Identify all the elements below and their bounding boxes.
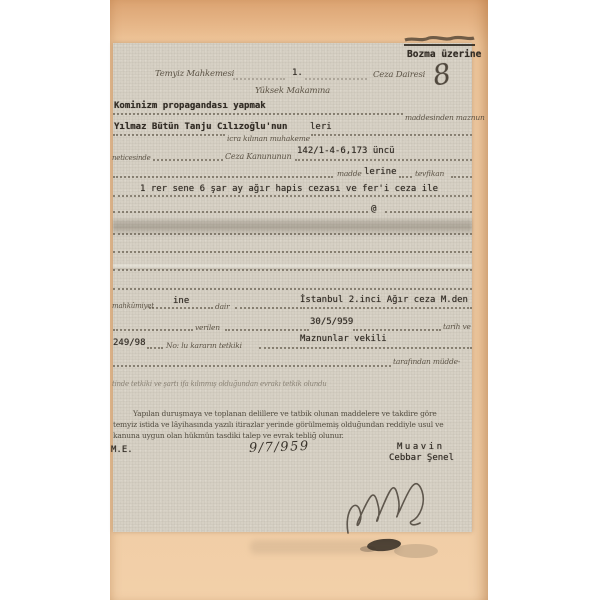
neticesinde-label: neticesinde bbox=[112, 155, 151, 162]
form-dotted-line bbox=[113, 251, 472, 253]
form-dotted-line bbox=[113, 176, 333, 178]
form-dotted-line bbox=[235, 307, 298, 309]
ceza-kanununun-label: Ceza Kanununun bbox=[225, 153, 291, 161]
tarih-ve-label: tarih ve bbox=[443, 323, 471, 331]
header-leader-dots bbox=[305, 78, 367, 80]
articles-typed: 142/1-4-6,173 üncü bbox=[297, 147, 395, 156]
form-dotted-line bbox=[113, 195, 472, 197]
charge-typed: Kominizm propagandası yapmak bbox=[114, 102, 266, 111]
form-dotted-line bbox=[149, 307, 213, 309]
form-dotted-line bbox=[300, 347, 472, 349]
form-dotted-line bbox=[353, 329, 441, 331]
addressee-label: Yüksek Makamına bbox=[255, 87, 330, 96]
dair-label: dair bbox=[215, 303, 229, 311]
court-typed: İstanbul 2.inci Ağır ceza M.den bbox=[300, 296, 468, 305]
form-dotted-line bbox=[295, 159, 472, 161]
paragraph-line-1: Yapılan duruşmaya ve toplanan delillere … bbox=[133, 410, 437, 418]
tarafindan-label: tarafından müdde- bbox=[393, 358, 460, 366]
signer-name-typed: Cebbar Şenel bbox=[389, 454, 454, 463]
icra-label: icra kılınan muhakeme bbox=[227, 135, 310, 143]
lerine-typed: lerine bbox=[364, 168, 397, 177]
form-dotted-line bbox=[385, 211, 472, 213]
maddesinden-label: maddesinden maznun bbox=[405, 114, 485, 122]
form-dotted-line bbox=[113, 329, 193, 331]
form-dotted-line bbox=[399, 176, 412, 178]
case-number-typed: 249/98 bbox=[113, 339, 146, 348]
form-dotted-line bbox=[311, 134, 472, 136]
book-page-photo: Bozma üzerine Temyiz Mahkemesi 1. Ceza D… bbox=[110, 0, 488, 600]
court-name-label: Temyiz Mahkemesi bbox=[155, 70, 234, 79]
handwritten-number: 8 bbox=[431, 60, 453, 91]
mahkumiyet-label: mahkûmiyet bbox=[112, 303, 154, 310]
form-dotted-line bbox=[451, 176, 472, 178]
smudged-stamp-icon bbox=[403, 36, 477, 48]
form-dotted-line bbox=[113, 134, 225, 136]
form-dotted-line bbox=[113, 233, 472, 235]
form-dotted-line bbox=[147, 347, 163, 349]
form-dotted-line bbox=[113, 288, 472, 290]
ine-typed: ine bbox=[173, 297, 189, 306]
form-dotted-line bbox=[113, 365, 391, 367]
chamber-number: 1. bbox=[292, 69, 303, 78]
scan-overlap-edge bbox=[113, 264, 472, 268]
sign-date: 9/7/959 bbox=[249, 440, 310, 455]
at-sign-typed: @ bbox=[371, 205, 376, 214]
chamber-label: Ceza Dairesi bbox=[373, 71, 425, 80]
form-dotted-line bbox=[153, 159, 223, 161]
decision-date-typed: 30/5/959 bbox=[310, 318, 353, 327]
form-dotted-line bbox=[259, 347, 298, 349]
form-dotted-line bbox=[113, 113, 403, 115]
sart-line-label: tinde tetkiki ve şartı ifa kılınmış oldu… bbox=[112, 381, 327, 388]
karar-tetkiki-label: No: lu kararın tetkiki bbox=[166, 342, 242, 350]
form-dotted-line bbox=[113, 211, 368, 213]
form-dotted-line bbox=[225, 329, 309, 331]
maznunlar-vekili-typed: Maznunlar vekili bbox=[300, 335, 387, 344]
muavin-title-typed: Muavin bbox=[397, 443, 445, 452]
form-dotted-line bbox=[113, 269, 472, 271]
madde-label: madde bbox=[337, 170, 362, 178]
defendants-typed: Yılmaz Bütün Tanju Cılızoğlu'nun bbox=[114, 123, 287, 132]
tevfikan-label: tevfikan bbox=[415, 170, 444, 178]
leri-typed: leri bbox=[310, 123, 332, 132]
header-leader-dots bbox=[233, 78, 285, 80]
show-through-smudge bbox=[250, 540, 400, 554]
verilen-label: verilen bbox=[195, 324, 220, 332]
document-scan: Bozma üzerine Temyiz Mahkemesi 1. Ceza D… bbox=[113, 43, 472, 532]
paragraph-line-2: temyiz istida ve lâyihasında yazılı itir… bbox=[113, 421, 443, 429]
form-dotted-line bbox=[300, 307, 472, 309]
initials-typed: M.E. bbox=[111, 446, 133, 455]
sentence-typed: 1 rer sene 6 şar ay ağır hapis cezası ve… bbox=[140, 185, 438, 194]
screenshot-background: Bozma üzerine Temyiz Mahkemesi 1. Ceza D… bbox=[0, 0, 600, 600]
